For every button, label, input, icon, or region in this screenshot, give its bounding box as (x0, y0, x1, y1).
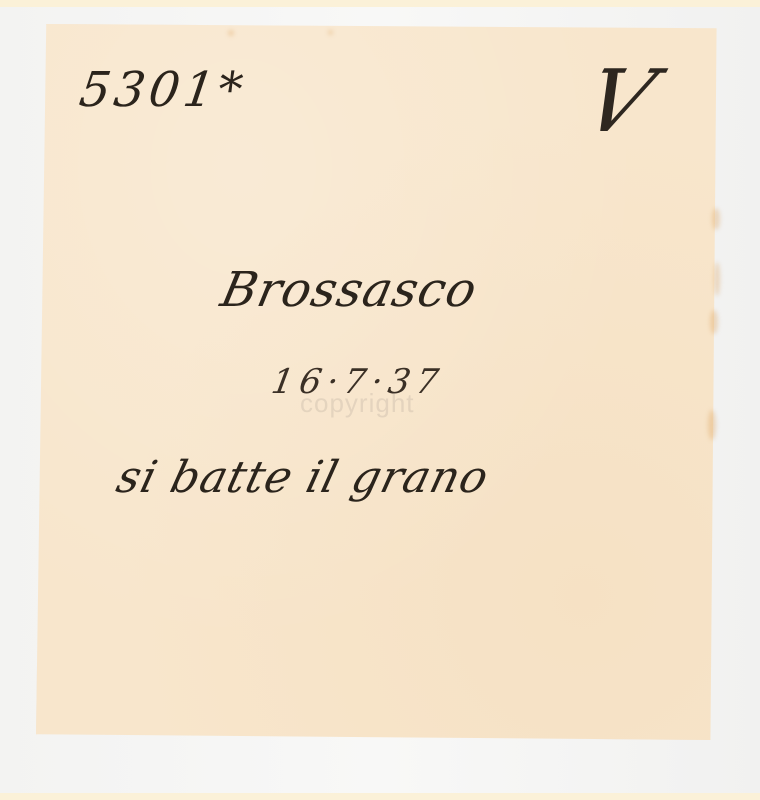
stain-mark (710, 310, 718, 334)
caption-text: si batte il grano (112, 452, 495, 503)
bottom-border-strip (0, 793, 760, 800)
copyright-watermark: copyright (300, 388, 415, 419)
stain-mark (708, 410, 716, 440)
stain-mark (712, 208, 720, 230)
stain-mark (228, 30, 234, 36)
stain-mark (714, 262, 720, 296)
top-border-strip (0, 0, 760, 7)
stain-mark (328, 30, 333, 35)
place-name: Brossasco (216, 262, 482, 318)
catalog-number: 5301* (76, 62, 250, 118)
